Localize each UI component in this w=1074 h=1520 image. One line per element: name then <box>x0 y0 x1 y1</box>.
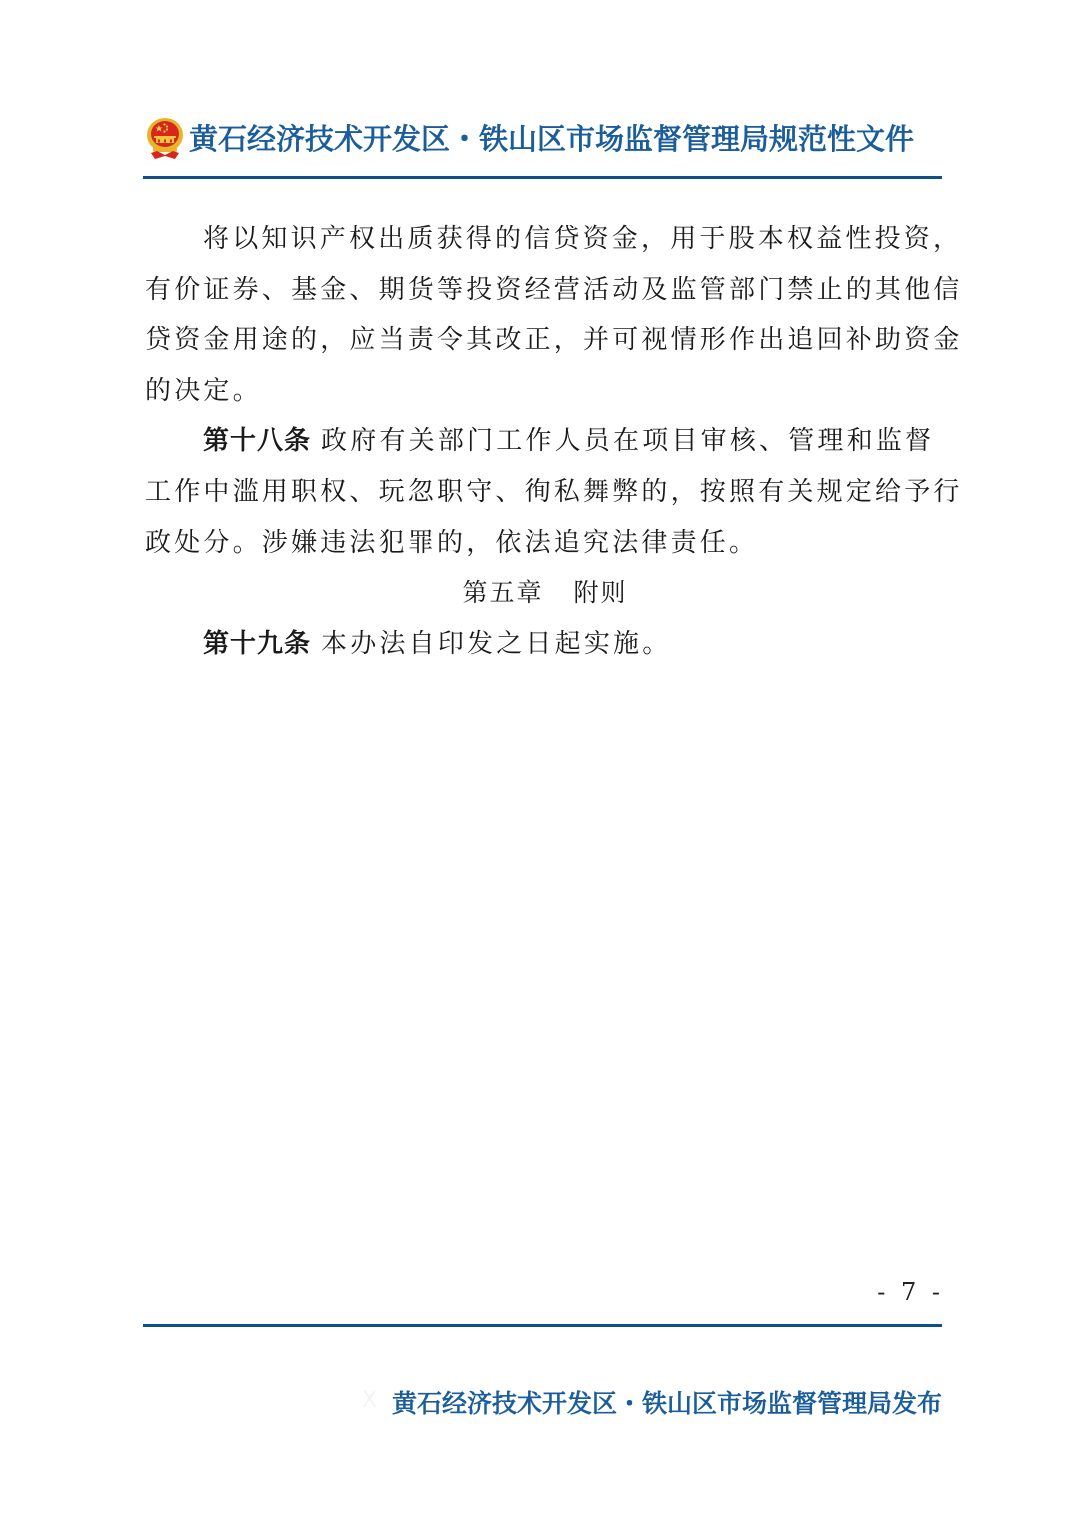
article-19: 第十九条本办法自印发之日起实施。 <box>145 619 945 670</box>
watermark-glyph: X <box>362 1388 377 1413</box>
text-line: 贷资金用途的，应当责令其改正，并可视情形作出追回补助资金 <box>145 315 945 366</box>
document-header: 黄石经济技术开发区・铁山区市场监督管理局规范性文件 <box>145 114 945 164</box>
document-body: 将以知识产权出质获得的信贷资金，用于股本权益性投资， 有价证券、基金、期货等投资… <box>145 214 945 669</box>
text-line: 工作中滥用职权、玩忽职守、徇私舞弊的，按照有关规定给予行 <box>145 467 945 518</box>
paragraph-1: 将以知识产权出质获得的信贷资金，用于股本权益性投资， 有价证券、基金、期货等投资… <box>145 214 945 416</box>
article-number: 第十九条 <box>203 629 311 659</box>
text-line: 有价证券、基金、期货等投资经营活动及监管部门禁止的其他信 <box>145 265 945 316</box>
article-text: 政府有关部门工作人员在项目审核、管理和监督 <box>321 426 934 456</box>
text-line: 政处分。涉嫌违法犯罪的，依法追究法律责任。 <box>145 518 945 569</box>
text-line: 第十九条本办法自印发之日起实施。 <box>145 619 945 670</box>
header-title: 黄石经济技术开发区・铁山区市场监督管理局规范性文件 <box>189 114 914 164</box>
chapter-heading: 第五章附则 <box>145 568 945 619</box>
article-18: 第十八条政府有关部门工作人员在项目审核、管理和监督 工作中滥用职权、玩忽职守、徇… <box>145 416 945 568</box>
text-line: 将以知识产权出质获得的信贷资金，用于股本权益性投资， <box>145 214 945 265</box>
article-number: 第十八条 <box>203 426 311 456</box>
text-line: 第十八条政府有关部门工作人员在项目审核、管理和监督 <box>145 416 945 467</box>
footer-publisher: 黄石经济技术开发区・铁山区市场监督管理局发布 <box>392 1384 942 1424</box>
article-text: 本办法自印发之日起实施。 <box>321 629 671 659</box>
footer-divider <box>143 1324 942 1327</box>
chapter-title: 附则 <box>574 578 628 607</box>
chapter-number: 第五章 <box>462 578 543 607</box>
text-line: 的决定。 <box>145 366 945 417</box>
national-emblem-icon <box>145 117 185 161</box>
header-divider <box>143 176 942 179</box>
page-number: - 7 - <box>872 1278 944 1306</box>
